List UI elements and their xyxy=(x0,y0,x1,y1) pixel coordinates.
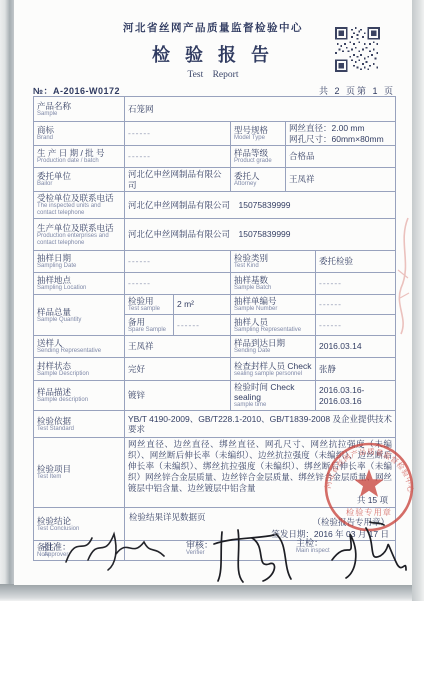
scan-shadow-left xyxy=(0,0,14,601)
sampling-rep-value: ------ xyxy=(316,315,396,336)
model-value: 网丝直径：2.00 mm网孔尺寸：60mm×80mm xyxy=(286,122,396,146)
row-sample-quantity-a: 样品总量Sample Quantity 检验用Test sample 2 m² … xyxy=(34,295,396,315)
attorney-value: 王凤祥 xyxy=(286,168,396,192)
production-date-value: ------ xyxy=(125,146,231,168)
sample-number-label: 抽样单编号Sample Number xyxy=(231,295,316,315)
test-time-value: 2016.03.16-2016.03.16 xyxy=(316,381,396,411)
sampling-date-value: ------ xyxy=(125,251,231,273)
scanned-report-page: 河北省丝网产品质量监督检验中心 检 验 报 告 Test Report xyxy=(0,0,424,700)
brand-label: 商标Brand xyxy=(34,122,125,146)
row-production-date-grade: 生 产 日 期 / 批 号Production date / batch ---… xyxy=(34,146,396,168)
row-bailor-attorney: 委托单位Bailor 河北亿申丝网制品有限公司 委托人Attorney 王凤祥 xyxy=(34,168,396,192)
spare-sample-value: ------ xyxy=(174,315,231,336)
sample-quantity-label: 样品总量Sample Quantity xyxy=(34,295,125,336)
check-personnel-value: 张静 xyxy=(316,358,396,381)
bailor-value: 河北亿申丝网制品有限公司 xyxy=(125,168,231,192)
row-sample-desc: 样品描述Sample description 镀锌 检验时间 Check sea… xyxy=(34,381,396,411)
sample-batch-value: ------ xyxy=(316,273,396,295)
sampling-location-label: 抽样地点Sampling Location xyxy=(34,273,125,295)
spare-sample-label: 备用Spare Sample xyxy=(125,315,174,336)
sample-number-value: ------ xyxy=(316,295,396,315)
row-sending: 送样人Sending Representative 王凤祥 样品到达日期Send… xyxy=(34,336,396,358)
test-standard-value: YB/T 4190-2009、GB/T228.1-2010、GB/T1839-2… xyxy=(125,411,396,438)
grade-value: 合格品 xyxy=(286,146,396,168)
test-kind-label: 检验类别Test Kind xyxy=(231,251,316,273)
row-sampling-location-batch: 抽样地点Sampling Location ------ 抽样基数Sample … xyxy=(34,273,396,295)
approver-signature xyxy=(58,524,170,576)
test-sample-label: 检验用Test sample xyxy=(125,295,174,315)
sample-batch-label: 抽样基数Sample Batch xyxy=(231,273,316,295)
sending-rep-label: 送样人Sending Representative xyxy=(34,336,125,358)
test-item-label: 检验项目Test Item xyxy=(34,438,125,508)
scan-shadow-bottom xyxy=(0,584,424,601)
qr-code-icon xyxy=(335,27,380,72)
grade-label: 样品等级Product grade xyxy=(231,146,286,168)
inspected-unit-label: 受检单位及联系电话The inspected units and contact… xyxy=(34,192,125,219)
inspector-signature xyxy=(322,518,408,582)
test-time-label: 检验时间 Check sealingsample time xyxy=(231,381,316,411)
attorney-label: 委托人Attorney xyxy=(231,168,286,192)
sample-desc-value: 镀锌 xyxy=(125,381,231,411)
test-kind-value: 委托检验 xyxy=(316,251,396,273)
conclusion-text: 检验结果详见数据页 xyxy=(129,511,206,523)
row-seal-state: 封样状态Sample Description 完好 检查封样人员 Checkse… xyxy=(34,358,396,381)
production-date-label: 生 产 日 期 / 批 号Production date / batch xyxy=(34,146,125,168)
test-sample-value: 2 m² xyxy=(174,295,231,315)
seal-state-value: 完好 xyxy=(125,358,231,381)
sampling-date-label: 抽样日期Sampling Date xyxy=(34,251,125,273)
row-sampling-date-kind: 抽样日期Sampling Date ------ 检验类别Test Kind 委… xyxy=(34,251,396,273)
sample-desc-label: 样品描述Sample description xyxy=(34,381,125,411)
row-brand-model: 商标Brand ------ 型号规格Model Type 网丝直径：2.00 … xyxy=(34,122,396,146)
sampling-rep-label: 抽样人员Sampling Representative xyxy=(231,315,316,336)
product-name-label: 产品名称Sample xyxy=(34,97,125,122)
red-edge-marks xyxy=(392,212,416,342)
model-label: 型号规格Model Type xyxy=(231,122,286,146)
sending-date-label: 样品到达日期Sending Date xyxy=(231,336,316,358)
production-unit-label: 生产单位及联系电话Production enterprises and cont… xyxy=(34,219,125,251)
production-unit-value: 河北亿申丝网制品有限公司 15075839999 xyxy=(125,219,396,251)
product-name-value: 石笼网 xyxy=(125,97,396,122)
bailor-label: 委托单位Bailor xyxy=(34,168,125,192)
row-product-name: 产品名称Sample 石笼网 xyxy=(34,97,396,122)
report-paper: 河北省丝网产品质量监督检验中心 检 验 报 告 Test Report xyxy=(14,0,412,585)
sending-rep-value: 王凤祥 xyxy=(125,336,231,358)
check-personnel-label: 检查封样人员 Checksealing sample personnel xyxy=(231,358,316,381)
row-inspected-unit: 受检单位及联系电话The inspected units and contact… xyxy=(34,192,396,219)
verifier-label-en: Verifier xyxy=(186,550,205,556)
brand-value: ------ xyxy=(125,122,231,146)
inspected-unit-value: 河北亿申丝网制品有限公司 15075839999 xyxy=(125,192,396,219)
row-production-unit: 生产单位及联系电话Production enterprises and cont… xyxy=(34,219,396,251)
seal-state-label: 封样状态Sample Description xyxy=(34,358,125,381)
verifier-signature xyxy=(206,524,298,584)
sampling-location-value: ------ xyxy=(125,273,231,295)
sending-date-value: 2016.03.14 xyxy=(316,336,396,358)
test-standard-label: 检验依据Test Standard xyxy=(34,411,125,438)
svg-text:检验专用章: 检验专用章 xyxy=(346,507,392,517)
row-test-standard: 检验依据Test Standard YB/T 4190-2009、GB/T228… xyxy=(34,411,396,438)
